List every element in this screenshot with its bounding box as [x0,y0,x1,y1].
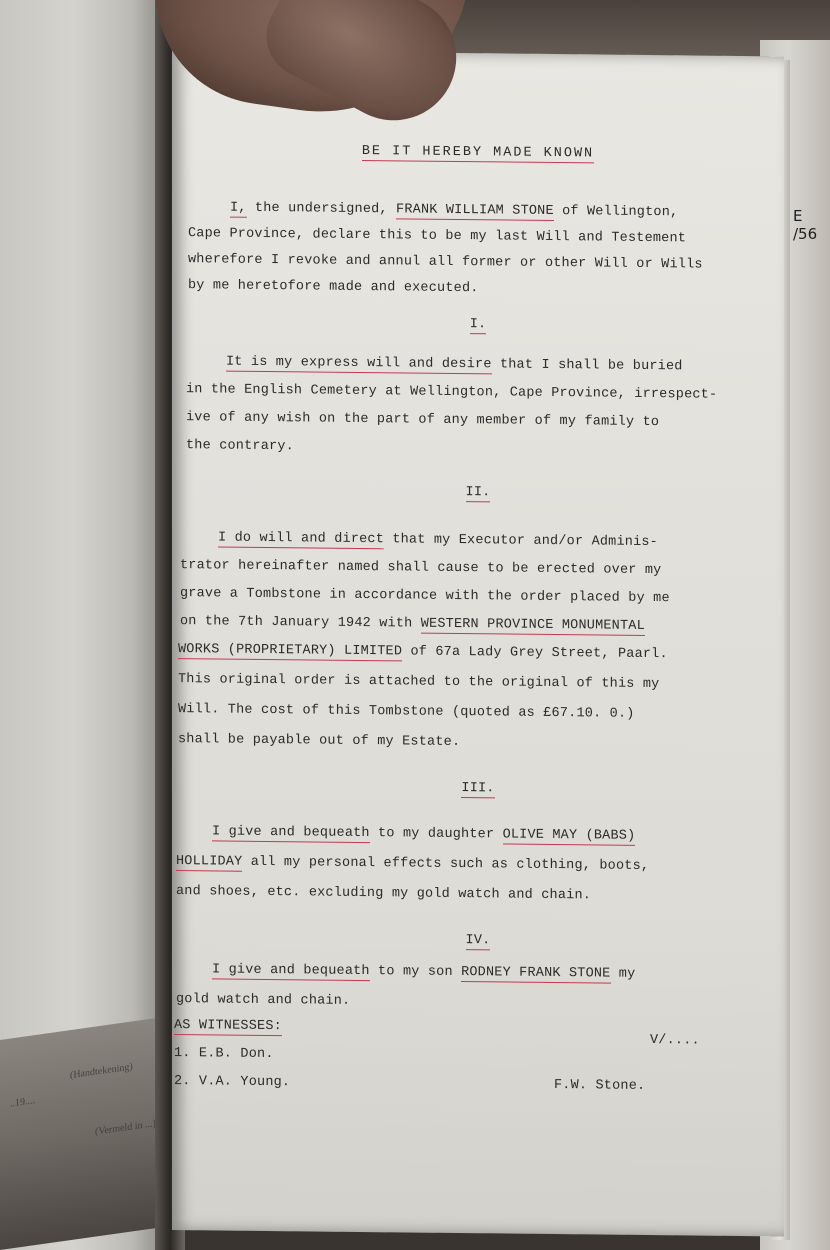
clause-4-numeral: IV. [172,930,784,951]
witness-2: 2. V.A. Young. [174,1074,290,1090]
preamble-line-1: I, the undersigned, FRANK WILLIAM STONE … [230,201,678,221]
clause-3-line-2: HOLLIDAY all my personal effects such as… [176,854,649,874]
clause-4-text: to my son [370,964,461,980]
preamble-line-3: wherefore I revoke and annul all former … [188,252,703,272]
company-address: of 67a Lady Grey Street, Paarl. [402,644,668,662]
beneficiary-daughter-surname: HOLLIDAY [176,854,242,872]
will-document-page: BE IT HEREBY MADE KNOWN I, the undersign… [172,50,784,1236]
margin-letter: E [793,207,817,225]
clause-2-text: that my Executor and/or Adminis- [384,532,658,550]
form-signature-label: (Handtekening) [70,1061,133,1081]
clause-2-line-5: WORKS (PROPRIETARY) LIMITED of 67a Lady … [178,642,668,662]
clause-2-line-4: on the 7th January 1942 with WESTERN PRO… [180,614,645,634]
clause-2-line-6: This original order is attached to the o… [178,672,659,692]
clause-3-line-1: I give and bequeath to my daughter OLIVE… [212,824,635,843]
clause-1-line-1: It is my express will and desire that I … [226,355,683,375]
clause-3-text-2: all my personal effects such as clothing… [242,855,649,874]
clause-4-text-end: my [611,967,636,982]
clause-2-lead: I do will and direct [218,530,384,549]
company-name-1: WESTERN PROVINCE MONUMENTAL [421,617,645,636]
clause-2-line-7: Will. The cost of this Tombstone (quoted… [178,702,635,722]
testator-name: FRANK WILLIAM STONE [396,202,554,221]
preamble-text: the undersigned, [247,201,396,218]
clause-1-lead: It is my express will and desire [226,355,492,375]
beneficiary-daughter: OLIVE MAY (BABS) [503,827,636,845]
clause-1-text: that I shall be buried [492,357,683,374]
numeral-text: I. [470,317,487,334]
preamble-line-2: Cape Province, declare this to be my las… [188,226,686,246]
witnesses-label: AS WITNESSES: [174,1018,282,1034]
clause-2-line-3: grave a Tombstone in accordance with the… [180,586,670,606]
witness-1: 1. E.B. Don. [174,1046,274,1062]
clause-3-text: to my daughter [370,826,503,842]
continuation-mark: V/.... [650,1033,700,1049]
clause-2-text: on the 7th January 1942 with [180,614,421,632]
form-note-fragment: (Vermeld in ...) [95,1118,156,1138]
company-name-2: WORKS (PROPRIETARY) LIMITED [178,642,402,661]
margin-reference-note: E /56 [793,207,817,243]
title-text: BE IT HEREBY MADE KNOWN [362,144,594,163]
clause-3-line-3: and shoes, etc. excluding my gold watch … [176,884,591,903]
left-page-form-fragment: ..19.... (Handtekening) (Vermeld in ...) [0,1016,170,1250]
clause-3-lead: I give and bequeath [212,824,370,843]
preamble-lead: I, [230,201,247,218]
margin-number: /56 [793,225,817,243]
clause-3-numeral: III. [172,778,784,799]
beneficiary-son: RODNEY FRANK STONE [461,965,610,984]
clause-2-line-1: I do will and direct that my Executor an… [218,530,658,550]
clause-1-line-2: in the English Cemetery at Wellington, C… [186,382,717,403]
clause-2-line-8: shall be payable out of my Estate. [178,732,460,750]
clause-4-line-2: gold watch and chain. [176,992,350,1009]
numeral-text: III. [461,781,494,798]
form-date-fragment: ..19.... [10,1095,35,1110]
clause-2-numeral: II. [172,482,784,503]
clause-1-numeral: I. [172,314,784,335]
document-title: BE IT HEREBY MADE KNOWN [172,142,784,163]
preamble-text-end: of Wellington, [554,204,679,220]
witnesses-label-text: AS WITNESSES: [174,1018,282,1036]
clause-4-lead: I give and bequeath [212,962,370,981]
clause-1-line-3: ive of any wish on the part of any membe… [186,410,659,430]
preamble-line-4: by me heretofore made and executed. [188,278,479,296]
clause-4-line-1: I give and bequeath to my son RODNEY FRA… [212,962,635,981]
clause-2-line-2: trator hereinafter named shall cause to … [180,558,661,578]
numeral-text: IV. [466,933,491,950]
numeral-text: II. [466,485,491,502]
testator-signature: F.W. Stone. [554,1078,645,1094]
clause-1-line-4: the contrary. [186,438,294,454]
